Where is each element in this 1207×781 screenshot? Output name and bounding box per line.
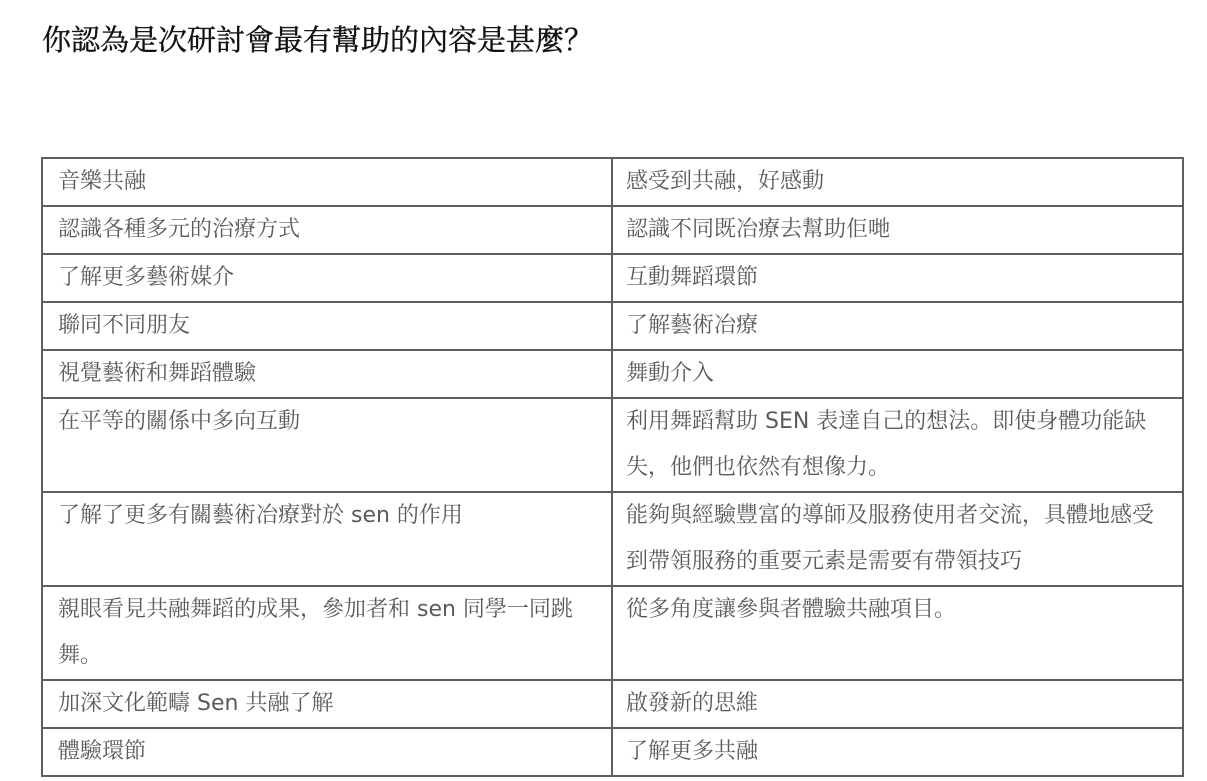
table-cell-left: 視覺藝術和舞蹈體驗 <box>42 350 612 398</box>
table-cell-right: 感受到共融，好感動 <box>612 158 1183 206</box>
table-row: 體驗環節 了解更多共融 <box>42 728 1183 776</box>
table-cell-right: 啟發新的思維 <box>612 680 1183 728</box>
table-row: 聯同不同朋友 了解藝術冶療 <box>42 302 1183 350</box>
cell-text: 從多角度讓參與者體驗共融項目。 <box>626 587 1172 633</box>
table-cell-right: 互動舞蹈環節 <box>612 254 1183 302</box>
table-cell-left: 音樂共融 <box>42 158 612 206</box>
table-cell-left: 在平等的關係中多向互動 <box>42 398 612 492</box>
table-row: 加深文化範疇 Sen 共融了解 啟發新的思維 <box>42 680 1183 728</box>
cell-text: 認識各種多元的治療方式 <box>58 207 597 253</box>
table-row: 了解更多藝術媒介 互動舞蹈環節 <box>42 254 1183 302</box>
table-cell-left: 聯同不同朋友 <box>42 302 612 350</box>
table-row: 認識各種多元的治療方式 認識不同既冶療去幫助佢哋 <box>42 206 1183 254</box>
responses-table: 音樂共融 感受到共融，好感動 認識各種多元的治療方式 認識不同既冶療去幫助佢哋 … <box>41 157 1184 777</box>
table-row: 視覺藝術和舞蹈體驗 舞動介入 <box>42 350 1183 398</box>
cell-text: 了解更多共融 <box>626 729 1172 775</box>
cell-text: 親眼看見共融舞蹈的成果，參加者和 sen 同學一同跳舞。 <box>58 587 597 679</box>
cell-text: 啟發新的思維 <box>626 681 1172 727</box>
table-cell-right: 了解更多共融 <box>612 728 1183 776</box>
table-cell-left: 親眼看見共融舞蹈的成果，參加者和 sen 同學一同跳舞。 <box>42 586 612 680</box>
page-title: 你認為是次研討會最有幫助的內容是甚麼？ <box>42 18 593 62</box>
cell-text: 了解了更多有關藝術冶療對於 sen 的作用 <box>58 493 597 539</box>
table-cell-left: 認識各種多元的治療方式 <box>42 206 612 254</box>
cell-text: 認識不同既冶療去幫助佢哋 <box>626 207 1172 253</box>
cell-text: 視覺藝術和舞蹈體驗 <box>58 351 597 397</box>
cell-text: 聯同不同朋友 <box>58 303 597 349</box>
table-row: 在平等的關係中多向互動 利用舞蹈幫助 SEN 表達自己的想法。即使身體功能缺失，… <box>42 398 1183 492</box>
cell-text: 體驗環節 <box>58 729 597 775</box>
cell-text: 利用舞蹈幫助 SEN 表達自己的想法。即使身體功能缺失，他們也依然有想像力。 <box>626 399 1172 491</box>
cell-text: 感受到共融，好感動 <box>626 159 1172 205</box>
table-cell-right: 認識不同既冶療去幫助佢哋 <box>612 206 1183 254</box>
table-cell-right: 利用舞蹈幫助 SEN 表達自己的想法。即使身體功能缺失，他們也依然有想像力。 <box>612 398 1183 492</box>
table-row: 音樂共融 感受到共融，好感動 <box>42 158 1183 206</box>
table-row: 了解了更多有關藝術冶療對於 sen 的作用 能夠與經驗豐富的導師及服務使用者交流… <box>42 492 1183 586</box>
table-cell-left: 了解了更多有關藝術冶療對於 sen 的作用 <box>42 492 612 586</box>
cell-text: 了解藝術冶療 <box>626 303 1172 349</box>
cell-text: 了解更多藝術媒介 <box>58 255 597 301</box>
table-cell-right: 舞動介入 <box>612 350 1183 398</box>
cell-text: 能夠與經驗豐富的導師及服務使用者交流，具體地感受到帶領服務的重要元素是需要有帶領… <box>626 493 1172 585</box>
cell-text: 在平等的關係中多向互動 <box>58 399 597 445</box>
table-cell-left: 體驗環節 <box>42 728 612 776</box>
table-cell-left: 了解更多藝術媒介 <box>42 254 612 302</box>
cell-text: 互動舞蹈環節 <box>626 255 1172 301</box>
cell-text: 加深文化範疇 Sen 共融了解 <box>58 681 597 727</box>
table-row: 親眼看見共融舞蹈的成果，參加者和 sen 同學一同跳舞。 從多角度讓參與者體驗共… <box>42 586 1183 680</box>
table-cell-left: 加深文化範疇 Sen 共融了解 <box>42 680 612 728</box>
table-cell-right: 能夠與經驗豐富的導師及服務使用者交流，具體地感受到帶領服務的重要元素是需要有帶領… <box>612 492 1183 586</box>
cell-text: 舞動介入 <box>626 351 1172 397</box>
cell-text: 音樂共融 <box>58 159 597 205</box>
table-cell-right: 了解藝術冶療 <box>612 302 1183 350</box>
table-cell-right: 從多角度讓參與者體驗共融項目。 <box>612 586 1183 680</box>
